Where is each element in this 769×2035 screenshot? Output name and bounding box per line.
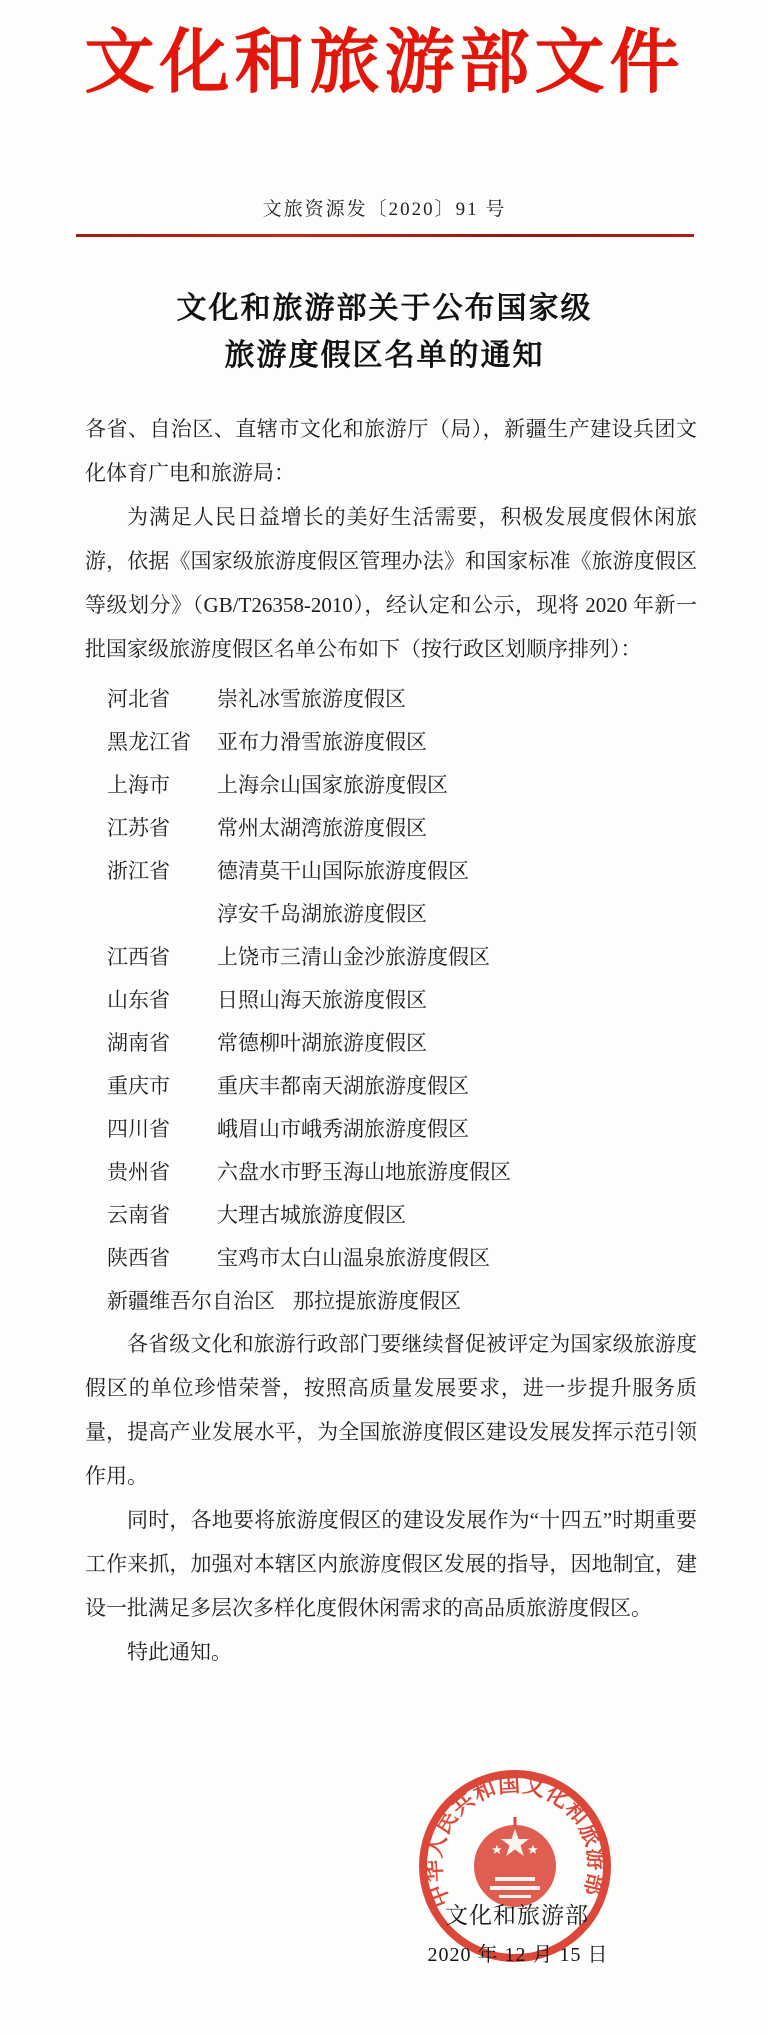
list-row: 淳安千岛湖旅游度假区 — [107, 892, 697, 935]
paragraph-intro: 为满足人民日益增长的美好生活需要，积极发展度假休闲旅游，依据《国家级旅游度假区管… — [85, 495, 697, 671]
document-page: 文化和旅游部文件 文旅资源发〔2020〕91 号 文化和旅游部关于公布国家级 旅… — [0, 0, 769, 2035]
document-body: 各省、自治区、直辖市文化和旅游厅（局），新疆生产建设兵团文化体育广电和旅游局： … — [85, 407, 697, 1674]
resort-name: 宝鸡市太白山温泉旅游度假区 — [217, 1236, 490, 1280]
resort-name: 重庆丰都南天湖旅游度假区 — [217, 1064, 469, 1108]
resort-name: 日照山海天旅游度假区 — [217, 978, 427, 1022]
document-title-line-2: 旅游度假区名单的通知 — [0, 332, 769, 379]
document-title-line-1: 文化和旅游部关于公布国家级 — [0, 285, 769, 332]
closing-notice: 特此通知。 — [85, 1630, 697, 1674]
list-row: 四川省峨眉山市峨秀湖旅游度假区 — [107, 1107, 697, 1150]
list-row: 陕西省宝鸡市太白山温泉旅游度假区 — [107, 1236, 697, 1279]
national-emblem-icon — [474, 1817, 556, 1907]
resort-name: 上饶市三清山金沙旅游度假区 — [217, 935, 490, 979]
list-row: 重庆市重庆丰都南天湖旅游度假区 — [107, 1064, 697, 1107]
province-name: 江西省 — [107, 935, 199, 979]
doc-number: 文旅资源发〔2020〕91 号 — [0, 194, 769, 221]
province-name: 陕西省 — [107, 1236, 199, 1280]
resort-name: 峨眉山市峨秀湖旅游度假区 — [217, 1107, 469, 1151]
list-row: 新疆维吾尔自治区那拉提旅游度假区 — [107, 1279, 697, 1322]
list-row: 黑龙江省亚布力滑雪旅游度假区 — [107, 720, 697, 763]
resort-name: 德清莫干山国际旅游度假区 — [217, 849, 469, 893]
document-title: 文化和旅游部关于公布国家级 旅游度假区名单的通知 — [0, 285, 769, 379]
document-date: 2020 年 12 月 15 日 — [420, 1938, 616, 1967]
province-name: 云南省 — [107, 1193, 199, 1237]
list-row: 云南省大理古城旅游度假区 — [107, 1193, 697, 1236]
resort-name: 常州太湖湾旅游度假区 — [217, 806, 427, 850]
list-row: 浙江省德清莫干山国际旅游度假区 — [107, 849, 697, 892]
document-header: 文化和旅游部文件 — [0, 0, 769, 106]
province-name: 湖南省 — [107, 1021, 199, 1065]
paragraph-plan: 同时，各地要将旅游度假区的建设发展作为“十四五”时期重要工作来抓，加强对本辖区内… — [85, 1498, 697, 1630]
list-row: 山东省日照山海天旅游度假区 — [107, 978, 697, 1021]
province-name: 河北省 — [107, 677, 199, 721]
resort-name: 上海佘山国家旅游度假区 — [217, 763, 448, 807]
addressee: 各省、自治区、直辖市文化和旅游厅（局），新疆生产建设兵团文化体育广电和旅游局： — [85, 407, 697, 495]
province-name: 上海市 — [107, 763, 199, 807]
province-name: 浙江省 — [107, 849, 199, 893]
resort-name: 淳安千岛湖旅游度假区 — [217, 892, 427, 936]
paragraph-supervision: 各省级文化和旅游行政部门要继续督促被评定为国家级旅游度假区的单位珍惜荣誉，按照高… — [85, 1322, 697, 1498]
list-row: 贵州省六盘水市野玉海山地旅游度假区 — [107, 1150, 697, 1193]
resort-name: 那拉提旅游度假区 — [293, 1279, 461, 1323]
signature: 文化和旅游部 — [443, 1897, 591, 1930]
resort-name: 崇礼冰雪旅游度假区 — [217, 677, 406, 721]
resort-name: 亚布力滑雪旅游度假区 — [217, 720, 427, 764]
province-name: 四川省 — [107, 1107, 199, 1151]
list-row: 江苏省常州太湖湾旅游度假区 — [107, 806, 697, 849]
resort-name: 六盘水市野玉海山地旅游度假区 — [217, 1150, 511, 1194]
resort-list: 河北省崇礼冰雪旅游度假区黑龙江省亚布力滑雪旅游度假区上海市上海佘山国家旅游度假区… — [107, 677, 697, 1322]
list-row: 河北省崇礼冰雪旅游度假区 — [107, 677, 697, 720]
list-row: 湖南省常德柳叶湖旅游度假区 — [107, 1021, 697, 1064]
province-name: 黑龙江省 — [107, 720, 199, 764]
province-name: 新疆维吾尔自治区 — [107, 1279, 275, 1323]
list-row: 上海市上海佘山国家旅游度假区 — [107, 763, 697, 806]
resort-name: 大理古城旅游度假区 — [217, 1193, 406, 1237]
province-name: 江苏省 — [107, 806, 199, 850]
list-row: 江西省上饶市三清山金沙旅游度假区 — [107, 935, 697, 978]
resort-name: 常德柳叶湖旅游度假区 — [217, 1021, 427, 1065]
red-divider — [76, 234, 694, 237]
province-name: 重庆市 — [107, 1064, 199, 1108]
province-name: 山东省 — [107, 978, 199, 1022]
province-name: 贵州省 — [107, 1150, 199, 1194]
